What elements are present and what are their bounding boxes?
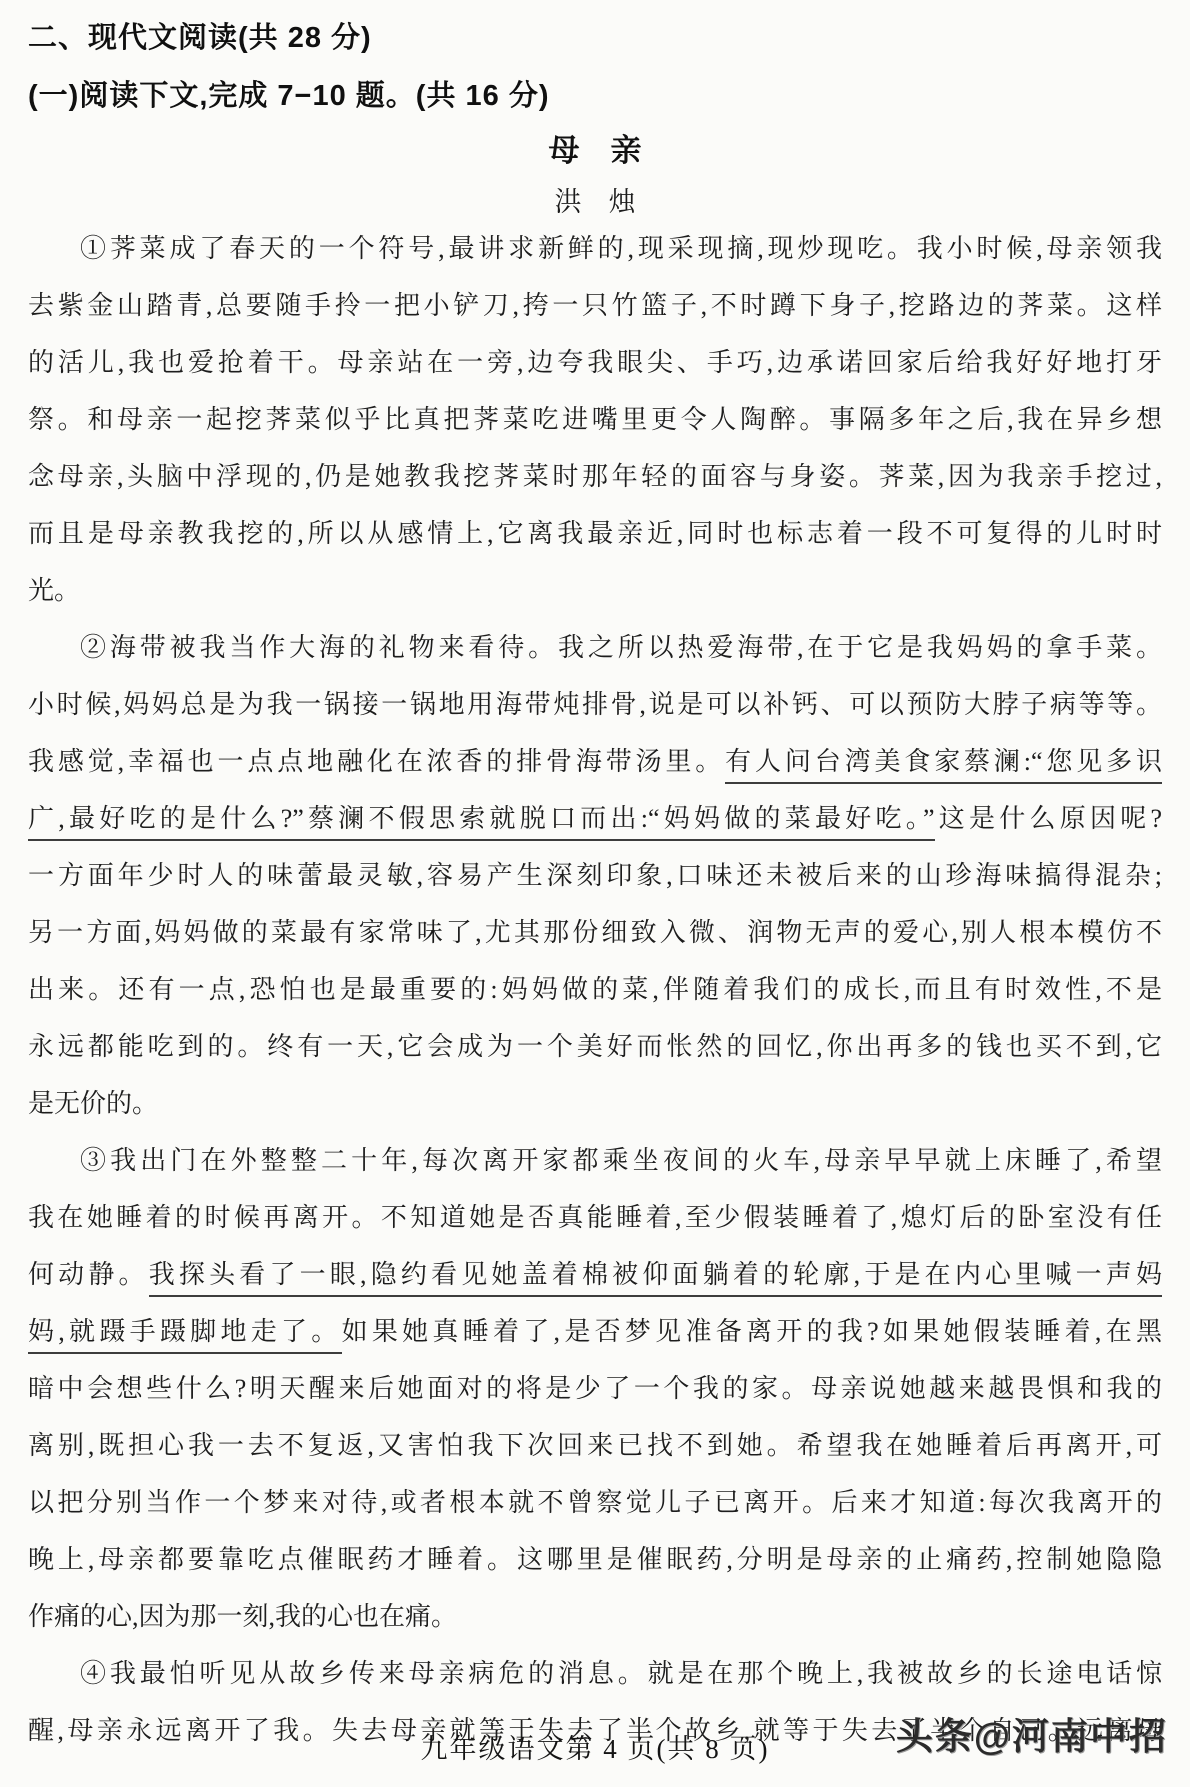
- essay-line: 一方面年少时人的味蕾最灵敏,容易产生深刻印象,口味还未被后来的山珍海味搞得混杂;: [28, 847, 1162, 904]
- text-run: 这是什么原因呢?: [935, 804, 1163, 833]
- essay-line: 何动静。我探头看了一眼,隐约看见她盖着棉被仰面躺着的轮廓,于是在内心里喊一声妈: [28, 1246, 1162, 1303]
- text-run: ③我出门在外整整二十年,每次离开家都乘坐夜间的火车,母亲早早就上床睡了,希望: [80, 1146, 1162, 1175]
- text-run: 去紫金山踏青,总要随手拎一把小铲刀,挎一只竹篮子,不时蹲下身子,挖路边的荠菜。这…: [28, 291, 1162, 320]
- text-run: 暗中会想些什么?明天醒来后她面对的将是少了一个我的家。母亲说她越来越畏惧和我的: [28, 1374, 1162, 1403]
- text-run: 离别,既担心我一去不复返,又害怕我下次回来已找不到她。希望我在她睡着后再离开,可: [28, 1431, 1162, 1460]
- essay-line: 妈,就蹑手蹑脚地走了。如果她真睡着了,是否梦见准备离开的我?如果她假装睡着,在黑: [28, 1303, 1162, 1360]
- underlined-text: 妈,就蹑手蹑脚地走了。: [28, 1317, 342, 1354]
- text-run: 祭。和母亲一起挖荠菜似乎比真把荠菜吃进嘴里更令人陶醉。事隔多年之后,我在异乡想: [28, 405, 1162, 434]
- text-run: ④我最怕听见从故乡传来母亲病危的消息。就是在那个晚上,我被故乡的长途电话惊: [80, 1659, 1162, 1688]
- text-run: 晚上,母亲都要靠吃点催眠药才睡着。这哪里是催眠药,分明是母亲的止痛药,控制她隐隐: [28, 1545, 1162, 1574]
- essay-line: 以把分别当作一个梦来对待,或者根本就不曾察觉儿子已离开。后来才知道:每次我离开的: [28, 1474, 1162, 1531]
- essay-line: 我感觉,幸福也一点点地融化在浓香的排骨海带汤里。有人问台湾美食家蔡澜:“您见多识: [28, 733, 1162, 790]
- essay-line: ①荠菜成了春天的一个符号,最讲求新鲜的,现采现摘,现炒现吃。我小时候,母亲领我: [28, 220, 1162, 277]
- text-run: ①荠菜成了春天的一个符号,最讲求新鲜的,现采现摘,现炒现吃。我小时候,母亲领我: [80, 234, 1162, 263]
- text-run: 另一方面,妈妈做的菜最有家常味了,尤其那份细致入微、润物无声的爱心,别人根本模仿…: [28, 918, 1162, 947]
- text-run: 我感觉,幸福也一点点地融化在浓香的排骨海带汤里。: [28, 747, 725, 776]
- text-run: 小时候,妈妈总是为我一锅接一锅地用海带炖排骨,说是可以补钙、可以预防大脖子病等等…: [28, 690, 1162, 719]
- text-run: 作痛的心,因为那一刻,我的心也在痛。: [28, 1602, 457, 1631]
- essay-line: 永远都能吃到的。终有一天,它会成为一个美好而怅然的回忆,你出再多的钱也买不到,它: [28, 1018, 1162, 1075]
- text-run: 而且是母亲教我挖的,所以从感情上,它离我最亲近,同时也标志着一段不可复得的儿时时: [28, 519, 1162, 548]
- underlined-text: 我探头看了一眼,隐约看见她盖着棉被仰面躺着的轮廓,于是在内心里喊一声妈: [149, 1260, 1162, 1297]
- text-run: 我在她睡着的时候再离开。不知道她是否真能睡着,至少假装睡着了,熄灯后的卧室没有任: [28, 1203, 1162, 1232]
- text-run: 何动静。: [28, 1260, 149, 1289]
- essay-body: ①荠菜成了春天的一个符号,最讲求新鲜的,现采现摘,现炒现吃。我小时候,母亲领我去…: [28, 220, 1162, 1759]
- exam-page: 二、现代文阅读(共 28 分) (一)阅读下文,完成 7−10 题。(共 16 …: [0, 0, 1190, 1787]
- text-run: 以把分别当作一个梦来对待,或者根本就不曾察觉儿子已离开。后来才知道:每次我离开的: [28, 1488, 1162, 1517]
- text-run: 一方面年少时人的味蕾最灵敏,容易产生深刻印象,口味还未被后来的山珍海味搞得混杂;: [28, 861, 1162, 890]
- essay-line: 作痛的心,因为那一刻,我的心也在痛。: [28, 1588, 1162, 1645]
- essay-line: 而且是母亲教我挖的,所以从感情上,它离我最亲近,同时也标志着一段不可复得的儿时时: [28, 505, 1162, 562]
- subsection-heading: (一)阅读下文,完成 7−10 题。(共 16 分): [28, 78, 1162, 114]
- essay-line: 另一方面,妈妈做的菜最有家常味了,尤其那份细致入微、润物无声的爱心,别人根本模仿…: [28, 904, 1162, 961]
- essay-line: 我在她睡着的时候再离开。不知道她是否真能睡着,至少假装睡着了,熄灯后的卧室没有任: [28, 1189, 1162, 1246]
- text-run: 如果她真睡着了,是否梦见准备离开的我?如果她假装睡着,在黑: [342, 1317, 1162, 1346]
- essay-line: 晚上,母亲都要靠吃点催眠药才睡着。这哪里是催眠药,分明是母亲的止痛药,控制她隐隐: [28, 1531, 1162, 1588]
- essay-title: 母 亲: [28, 132, 1162, 170]
- essay-line: 光。: [28, 562, 1162, 619]
- essay-line: 祭。和母亲一起挖荠菜似乎比真把荠菜吃进嘴里更令人陶醉。事隔多年之后,我在异乡想: [28, 391, 1162, 448]
- section-heading: 二、现代文阅读(共 28 分): [28, 20, 1162, 56]
- essay-line: 念母亲,头脑中浮现的,仍是她教我挖荠菜时那年轻的面容与身姿。荠菜,因为我亲手挖过…: [28, 448, 1162, 505]
- essay-line: 暗中会想些什么?明天醒来后她面对的将是少了一个我的家。母亲说她越来越畏惧和我的: [28, 1360, 1162, 1417]
- essay-line: ②海带被我当作大海的礼物来看待。我之所以热爱海带,在于它是我妈妈的拿手菜。: [28, 619, 1162, 676]
- essay-line: 的活儿,我也爱抢着干。母亲站在一旁,边夸我眼尖、手巧,边承诺回家后给我好好地打牙: [28, 334, 1162, 391]
- essay-line: 广,最好吃的是什么?”蔡澜不假思索就脱口而出:“妈妈做的菜最好吃。”这是什么原因…: [28, 790, 1162, 847]
- essay-line: 离别,既担心我一去不复返,又害怕我下次回来已找不到她。希望我在她睡着后再离开,可: [28, 1417, 1162, 1474]
- essay-line: ③我出门在外整整二十年,每次离开家都乘坐夜间的火车,母亲早早就上床睡了,希望: [28, 1132, 1162, 1189]
- essay-line: 出来。还有一点,恐怕也是最重要的:妈妈做的菜,伴随着我们的成长,而且有时效性,不…: [28, 961, 1162, 1018]
- text-run: 念母亲,头脑中浮现的,仍是她教我挖荠菜时那年轻的面容与身姿。荠菜,因为我亲手挖过…: [28, 462, 1162, 491]
- essay-line: 是无价的。: [28, 1075, 1162, 1132]
- text-run: 的活儿,我也爱抢着干。母亲站在一旁,边夸我眼尖、手巧,边承诺回家后给我好好地打牙: [28, 348, 1162, 377]
- underlined-text: 广,最好吃的是什么?”蔡澜不假思索就脱口而出:“妈妈做的菜最好吃。”: [28, 804, 935, 841]
- text-run: 是无价的。: [28, 1089, 158, 1118]
- watermark: 头条@河南中招: [896, 1714, 1168, 1760]
- text-run: 出来。还有一点,恐怕也是最重要的:妈妈做的菜,伴随着我们的成长,而且有时效性,不…: [28, 975, 1162, 1004]
- underlined-text: 有人问台湾美食家蔡澜:“您见多识: [725, 747, 1162, 784]
- essay-author: 洪 烛: [28, 184, 1162, 220]
- text-run: ②海带被我当作大海的礼物来看待。我之所以热爱海带,在于它是我妈妈的拿手菜。: [80, 633, 1162, 662]
- essay-line: 小时候,妈妈总是为我一锅接一锅地用海带炖排骨,说是可以补钙、可以预防大脖子病等等…: [28, 676, 1162, 733]
- text-run: 光。: [28, 576, 80, 605]
- text-run: 永远都能吃到的。终有一天,它会成为一个美好而怅然的回忆,你出再多的钱也买不到,它: [28, 1032, 1162, 1061]
- essay-line: ④我最怕听见从故乡传来母亲病危的消息。就是在那个晚上,我被故乡的长途电话惊: [28, 1645, 1162, 1702]
- essay-line: 去紫金山踏青,总要随手拎一把小铲刀,挎一只竹篮子,不时蹲下身子,挖路边的荠菜。这…: [28, 277, 1162, 334]
